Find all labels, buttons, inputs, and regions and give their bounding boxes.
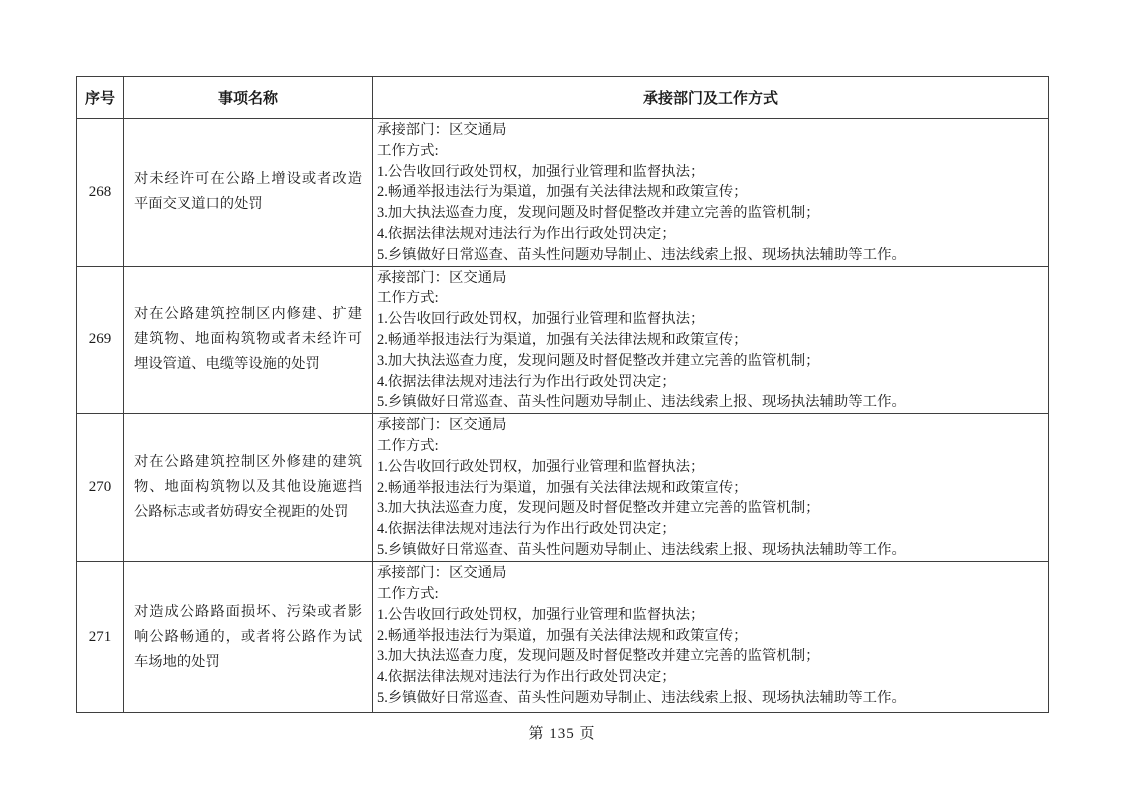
department-method-cell: 承接部门：区交通局 工作方式: 1.公告收回行政处罚权，加强行业管理和监督执法；…	[373, 562, 1049, 713]
method-line: 4.依据法律法规对违法行为作出行政处罚决定；	[377, 519, 1042, 540]
table-header-row: 序号 事项名称 承接部门及工作方式	[77, 77, 1049, 119]
method-line: 2.畅通举报违法行为渠道，加强有关法律法规和政策宣传；	[377, 330, 1042, 351]
header-item-name: 事项名称	[124, 77, 373, 119]
method-line: 3.加大执法巡查力度，发现问题及时督促整改并建立完善的监管机制；	[377, 351, 1042, 372]
method-line: 2.畅通举报违法行为渠道，加强有关法律法规和政策宣传；	[377, 182, 1042, 203]
item-name-cell: 对在公路建筑控制区内修建、扩建建筑物、地面构筑物或者未经许可埋设管道、电缆等设施…	[124, 266, 373, 414]
method-line: 1.公告收回行政处罚权，加强行业管理和监督执法；	[377, 309, 1042, 330]
method-line: 2.畅通举报违法行为渠道，加强有关法律法规和政策宣传；	[377, 626, 1042, 647]
method-label: 工作方式:	[377, 141, 1042, 162]
method-line: 3.加大执法巡查力度，发现问题及时督促整改并建立完善的监管机制；	[377, 498, 1042, 519]
method-line: 1.公告收回行政处罚权，加强行业管理和监督执法；	[377, 605, 1042, 626]
method-line: 4.依据法律法规对违法行为作出行政处罚决定；	[377, 667, 1042, 688]
method-line: 4.依据法律法规对违法行为作出行政处罚决定；	[377, 224, 1042, 245]
document-page: 序号 事项名称 承接部门及工作方式 268 对未经许可在公路上增设或者改造平面交…	[0, 0, 1122, 793]
department-line: 承接部门：区交通局	[377, 120, 1042, 141]
department-line: 承接部门：区交通局	[377, 268, 1042, 289]
method-label: 工作方式:	[377, 584, 1042, 605]
row-number-cell: 269	[77, 266, 124, 414]
method-line: 5.乡镇做好日常巡查、苗头性问题劝导制止、违法线索上报、现场执法辅助等工作。	[377, 245, 1042, 266]
method-line: 3.加大执法巡查力度，发现问题及时督促整改并建立完善的监管机制；	[377, 203, 1042, 224]
row-number-cell: 268	[77, 119, 124, 267]
table-row: 271 对造成公路路面损坏、污染或者影响公路畅通的，或者将公路作为试车场地的处罚…	[77, 562, 1049, 713]
page-number: 第 135 页	[76, 722, 1048, 743]
method-line: 5.乡镇做好日常巡查、苗头性问题劝导制止、违法线索上报、现场执法辅助等工作。	[377, 392, 1042, 413]
item-name-cell: 对造成公路路面损坏、污染或者影响公路畅通的，或者将公路作为试车场地的处罚	[124, 562, 373, 713]
items-table: 序号 事项名称 承接部门及工作方式 268 对未经许可在公路上增设或者改造平面交…	[76, 76, 1049, 713]
row-number-cell: 271	[77, 562, 124, 713]
method-line: 2.畅通举报违法行为渠道，加强有关法律法规和政策宣传；	[377, 478, 1042, 499]
method-line: 4.依据法律法规对违法行为作出行政处罚决定；	[377, 372, 1042, 393]
method-line: 3.加大执法巡查力度，发现问题及时督促整改并建立完善的监管机制；	[377, 646, 1042, 667]
method-label: 工作方式:	[377, 436, 1042, 457]
method-line: 1.公告收回行政处罚权，加强行业管理和监督执法；	[377, 162, 1042, 183]
method-label: 工作方式:	[377, 288, 1042, 309]
method-line: 5.乡镇做好日常巡查、苗头性问题劝导制止、违法线索上报、现场执法辅助等工作。	[377, 540, 1042, 561]
department-method-cell: 承接部门：区交通局 工作方式: 1.公告收回行政处罚权，加强行业管理和监督执法；…	[373, 414, 1049, 562]
header-department-method: 承接部门及工作方式	[373, 77, 1049, 119]
method-line: 5.乡镇做好日常巡查、苗头性问题劝导制止、违法线索上报、现场执法辅助等工作。	[377, 688, 1042, 709]
department-line: 承接部门：区交通局	[377, 415, 1042, 436]
item-name-cell: 对未经许可在公路上增设或者改造平面交叉道口的处罚	[124, 119, 373, 267]
item-name-cell: 对在公路建筑控制区外修建的建筑物、地面构筑物以及其他设施遮挡公路标志或者妨碍安全…	[124, 414, 373, 562]
department-line: 承接部门：区交通局	[377, 563, 1042, 584]
header-serial-number: 序号	[77, 77, 124, 119]
table-row: 270 对在公路建筑控制区外修建的建筑物、地面构筑物以及其他设施遮挡公路标志或者…	[77, 414, 1049, 562]
table-row: 269 对在公路建筑控制区内修建、扩建建筑物、地面构筑物或者未经许可埋设管道、电…	[77, 266, 1049, 414]
department-method-cell: 承接部门：区交通局 工作方式: 1.公告收回行政处罚权，加强行业管理和监督执法；…	[373, 119, 1049, 267]
row-number-cell: 270	[77, 414, 124, 562]
table-row: 268 对未经许可在公路上增设或者改造平面交叉道口的处罚 承接部门：区交通局 工…	[77, 119, 1049, 267]
method-line: 1.公告收回行政处罚权，加强行业管理和监督执法；	[377, 457, 1042, 478]
department-method-cell: 承接部门：区交通局 工作方式: 1.公告收回行政处罚权，加强行业管理和监督执法；…	[373, 266, 1049, 414]
